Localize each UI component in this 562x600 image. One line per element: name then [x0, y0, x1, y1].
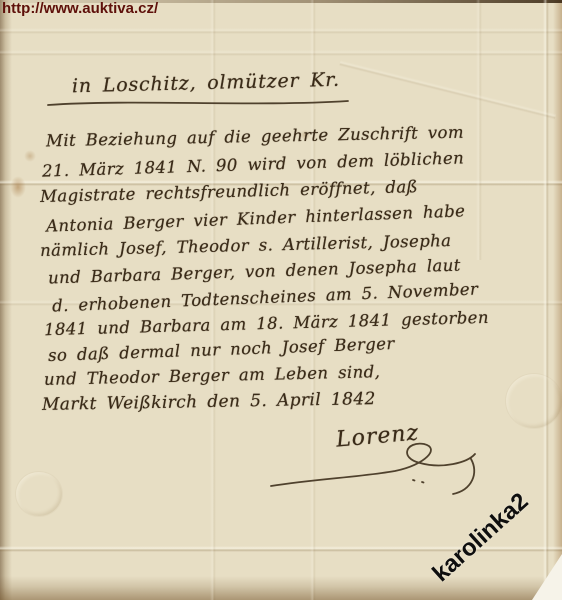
handwritten-line: und Theodor Berger am Leben sind, — [44, 362, 381, 389]
paper-crease — [339, 60, 556, 120]
paper-crease — [476, 0, 482, 260]
handwritten-line: Mit Beziehung auf die geehrte Zuschrift … — [46, 123, 464, 151]
auction-site-url-watermark: http://www.auktiva.cz/ — [2, 0, 158, 17]
handwritten-line: so daß dermal nur noch Josef Berger — [48, 334, 395, 365]
paper-crease — [543, 0, 549, 600]
corner-cut — [532, 554, 562, 600]
paper-edge-shadow-bottom — [0, 576, 562, 600]
seller-name-watermark: karolinka2 — [427, 488, 534, 588]
embossed-seal — [16, 472, 62, 516]
paper-crease — [0, 28, 562, 34]
signature: Lorenz — [335, 420, 420, 452]
paper-stain — [24, 150, 36, 162]
handwritten-line: Antonia Berger vier Kinder hinterlassen … — [46, 201, 466, 235]
letter-heading: in Loschitz, olmützer Kr. — [72, 69, 340, 98]
paper-edge-shadow-right — [553, 0, 562, 600]
handwritten-line: nämlich Josef, Theodor s. Artillerist, J… — [40, 231, 452, 260]
paper-edge-shadow-left — [0, 0, 12, 600]
paper-stain — [10, 176, 26, 198]
heading-underline — [44, 96, 354, 110]
scanned-letter-photo: in Loschitz, olmützer Kr. Mit Beziehung … — [0, 0, 562, 600]
handwritten-line: 21. März 1841 N. 90 wird von dem löblich… — [42, 148, 465, 180]
letter-dateline: Markt Weißkirch den 5. April 1842 — [42, 389, 376, 415]
paper-crease — [0, 50, 562, 56]
embossed-seal — [506, 374, 562, 428]
handwritten-line: Magistrate rechtsfreundlich eröffnet, da… — [40, 177, 418, 206]
